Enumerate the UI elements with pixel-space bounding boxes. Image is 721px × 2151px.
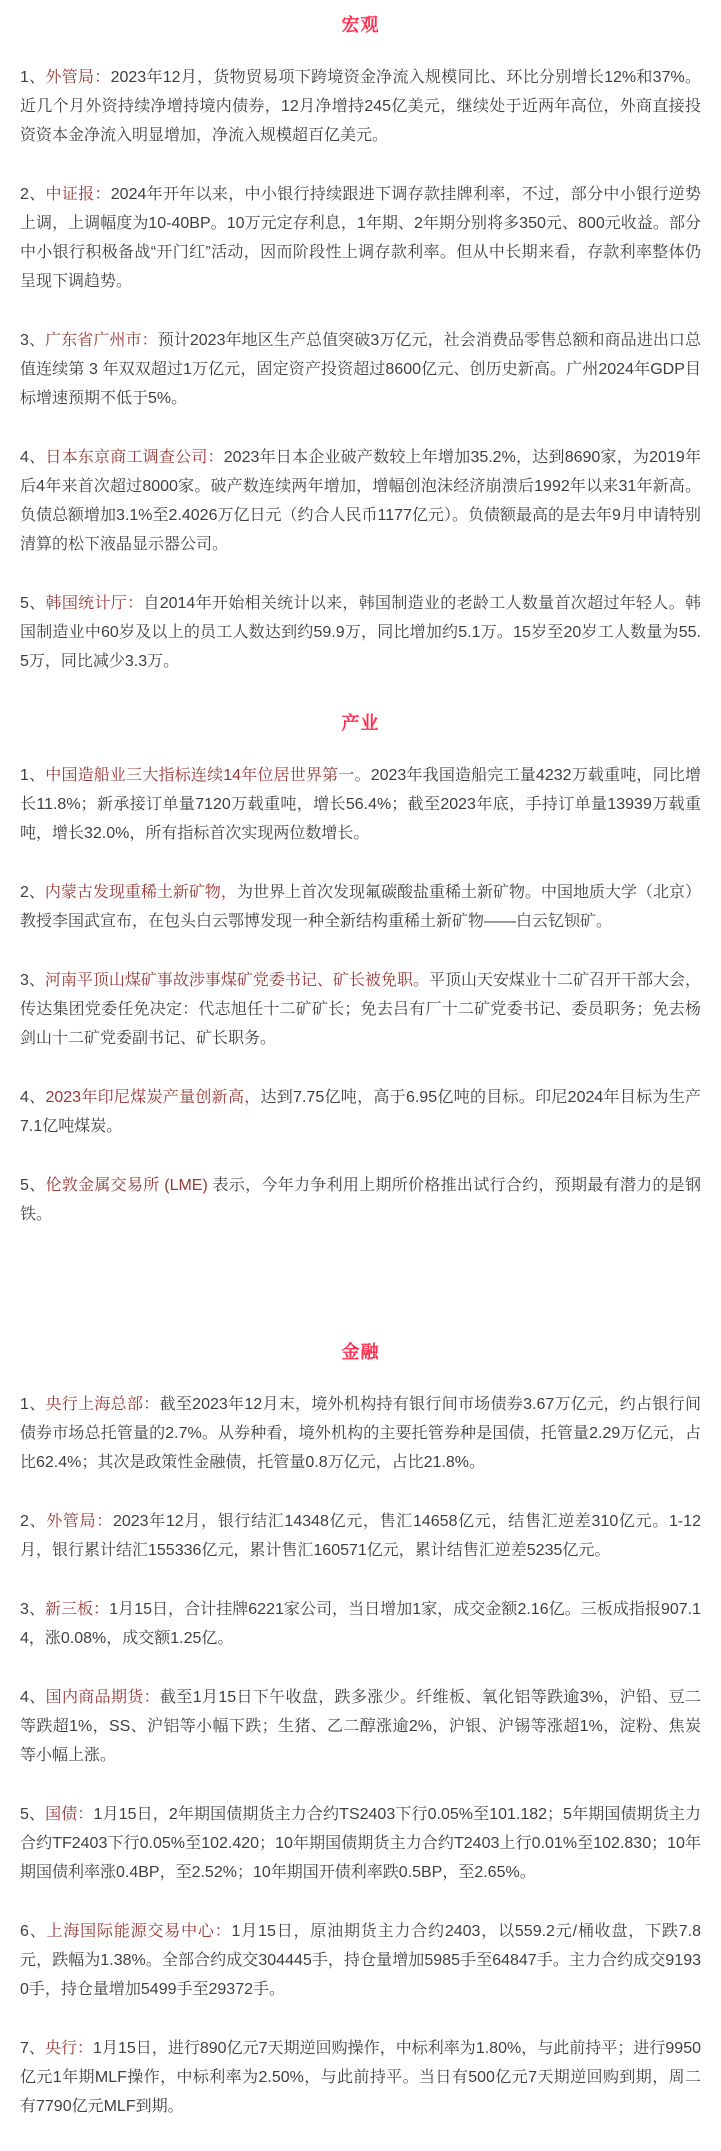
paragraph-keyword: 韩国统计厅： (46, 595, 144, 612)
news-paragraph: 3、广东省广州市：预计2023年地区生产总值突破3万亿元，社会消费品零售总额和商… (20, 326, 701, 413)
paragraph-number: 5、 (20, 1177, 45, 1194)
paragraph-keyword: 外管局： (46, 1513, 113, 1530)
paragraph-number: 3、 (20, 332, 45, 349)
news-section: 产业1、中国造船业三大指标连续14年位居世界第一。2023年我国造船完工量423… (20, 712, 701, 1229)
news-briefing-body: 宏观1、外管局：2023年12月，货物贸易项下跨境资金净流入规模同比、环比分别增… (0, 0, 721, 2131)
news-paragraph: 3、新三板：1月15日，合计挂牌6221家公司，当日增加1家，成交金额2.16亿… (20, 1595, 701, 1653)
news-paragraph: 5、韩国统计厅：自2014年开始相关统计以来，韩国制造业的老龄工人数量首次超过年… (20, 589, 701, 676)
paragraph-number: 2、 (20, 884, 45, 901)
paragraph-number: 3、 (20, 972, 45, 989)
section-title: 金融 (20, 1341, 701, 1363)
section-title: 宏观 (20, 14, 701, 36)
paragraph-keyword: 2023年印尼煤炭产量创新高， (45, 1089, 260, 1106)
news-paragraph: 3、河南平顶山煤矿事故涉事煤矿党委书记、矿长被免职。平顶山天安煤业十二矿召开干部… (20, 966, 701, 1053)
paragraph-number: 4、 (20, 1089, 45, 1106)
paragraph-keyword: 上海国际能源交易中心： (47, 1923, 232, 1940)
paragraph-number: 1、 (20, 1396, 46, 1413)
paragraph-keyword: 新三板： (45, 1601, 109, 1618)
news-section: 宏观1、外管局：2023年12月，货物贸易项下跨境资金净流入规模同比、环比分别增… (20, 14, 701, 676)
news-document: { "document": { "colors": { "section_tit… (0, 0, 721, 2151)
paragraph-keyword: 内蒙古发现重稀土新矿物， (45, 884, 237, 901)
paragraph-keyword: 中证报： (46, 186, 111, 203)
news-paragraph: 1、外管局：2023年12月，货物贸易项下跨境资金净流入规模同比、环比分别增长1… (20, 63, 701, 150)
paragraph-number: 7、 (20, 2040, 45, 2057)
news-paragraph: 2、中证报：2024年开年以来，中小银行持续跟进下调存款挂牌利率，不过，部分中小… (20, 180, 701, 296)
paragraph-number: 5、 (20, 595, 46, 612)
paragraph-number: 1、 (20, 767, 45, 784)
news-paragraph: 4、2023年印尼煤炭产量创新高，达到7.75亿吨，高于6.95亿吨的目标。印尼… (20, 1083, 701, 1141)
paragraph-keyword: 河南平顶山煤矿事故涉事煤矿党委书记、矿长被免职。 (45, 972, 429, 989)
paragraph-keyword: 中国造船业三大指标连续14年位居世界第一。 (45, 767, 370, 784)
news-paragraph: 6、上海国际能源交易中心：1月15日，原油期货主力合约2403，以559.2元/… (20, 1917, 701, 2004)
paragraph-number: 5、 (20, 1806, 45, 1823)
section-title: 产业 (20, 712, 701, 734)
paragraph-number: 1、 (20, 69, 45, 86)
paragraph-text: 2023年12月，银行结汇14348亿元，售汇14658亿元，结售汇逆差310亿… (20, 1513, 701, 1559)
news-paragraph: 7、央行：1月15日，进行890亿元7天期逆回购操作，中标利率为1.80%，与此… (20, 2034, 701, 2121)
news-paragraph: 1、央行上海总部：截至2023年12月末，境外机构持有银行间市场债券3.67万亿… (20, 1390, 701, 1477)
paragraph-number: 6、 (20, 1923, 47, 1940)
paragraph-keyword: 央行： (45, 2040, 93, 2057)
news-paragraph: 4、日本东京商工调查公司：2023年日本企业破产数较上年增加35.2%，达到86… (20, 443, 701, 559)
paragraph-text: 1月15日，2年期国债期货主力合约TS2403下行0.05%至101.182；5… (20, 1806, 701, 1881)
paragraph-keyword: 国债： (45, 1806, 93, 1823)
paragraph-text: 1月15日，进行890亿元7天期逆回购操作，中标利率为1.80%，与此前持平；进… (20, 2040, 701, 2115)
paragraph-number: 2、 (20, 1513, 46, 1530)
paragraph-number: 3、 (20, 1601, 45, 1618)
paragraph-keyword: 日本东京商工调查公司： (45, 449, 223, 466)
paragraph-text: 1月15日，合计挂牌6221家公司，当日增加1家，成交金额2.16亿。三板成指报… (20, 1601, 701, 1647)
paragraph-keyword: 央行上海总部： (46, 1396, 160, 1413)
paragraph-number: 4、 (20, 449, 45, 466)
paragraph-number: 2、 (20, 186, 46, 203)
news-paragraph: 1、中国造船业三大指标连续14年位居世界第一。2023年我国造船完工量4232万… (20, 761, 701, 848)
paragraph-keyword: 外管局： (45, 69, 110, 86)
paragraph-text: 2023年12月，货物贸易项下跨境资金净流入规模同比、环比分别增长12%和37%… (20, 69, 701, 144)
paragraph-text: 2024年开年以来，中小银行持续跟进下调存款挂牌利率，不过，部分中小银行逆势上调… (20, 186, 701, 290)
news-paragraph: 5、国债：1月15日，2年期国债期货主力合约TS2403下行0.05%至101.… (20, 1800, 701, 1887)
news-paragraph: 4、国内商品期货：截至1月15日下午收盘，跌多涨少。纤维板、氧化铝等跌逾3%，沪… (20, 1683, 701, 1770)
paragraph-number: 4、 (20, 1689, 46, 1706)
news-paragraph: 2、外管局：2023年12月，银行结汇14348亿元，售汇14658亿元，结售汇… (20, 1507, 701, 1565)
news-section: 金融1、央行上海总部：截至2023年12月末，境外机构持有银行间市场债券3.67… (20, 1341, 701, 2121)
paragraph-keyword: 广东省广州市： (45, 332, 158, 349)
news-paragraph: 2、内蒙古发现重稀土新矿物，为世界上首次发现氟碳酸盐重稀土新矿物。中国地质大学（… (20, 878, 701, 936)
paragraph-keyword: 国内商品期货： (46, 1689, 160, 1706)
news-paragraph: 5、伦敦金属交易所 (LME) 表示，今年力争利用上期所价格推出试行合约，预期最… (20, 1171, 701, 1229)
paragraph-keyword: 伦敦金属交易所 (LME) (45, 1177, 212, 1194)
